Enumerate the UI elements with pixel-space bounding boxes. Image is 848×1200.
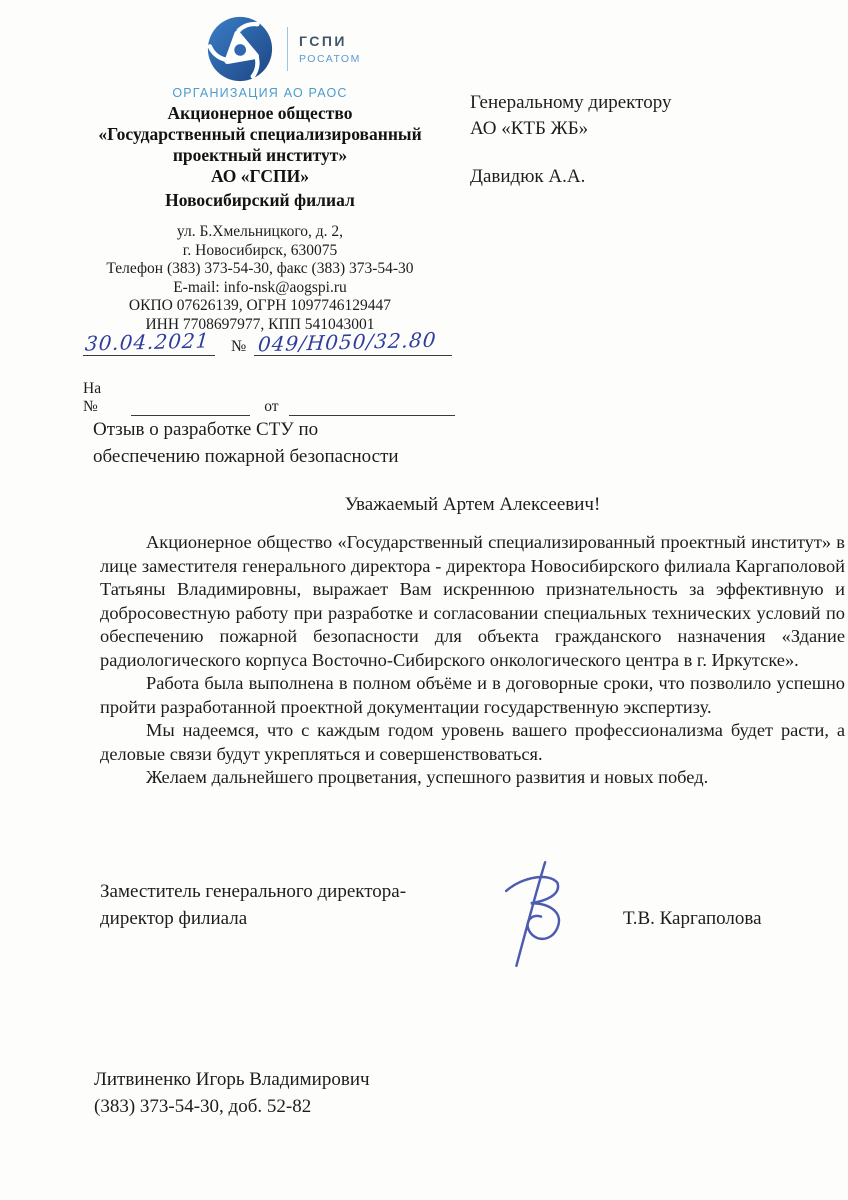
reply-from-label: от xyxy=(264,398,278,416)
contact-phone: (383) 373-54-30, доб. 52-82 xyxy=(94,1093,370,1120)
sender-address-block: ул. Б.Хмельницкого, д. 2, г. Новосибирск… xyxy=(58,223,462,335)
number-handwritten-value: 049/Н050/32.80 xyxy=(257,328,437,357)
signer-title-line: Заместитель генерального директора- xyxy=(100,878,820,905)
reply-number-blank xyxy=(131,415,250,416)
handwritten-signature-icon xyxy=(500,858,582,970)
subject-block: Отзыв о разработке СТУ по обеспечению по… xyxy=(93,417,399,470)
org-affiliation-line: ОРГАНИЗАЦИЯ АО РАОС xyxy=(60,86,460,100)
body-paragraph: Акционерное общество «Государственный сп… xyxy=(100,531,845,672)
subject-line: обеспечению пожарной безопасности xyxy=(93,444,399,471)
rosatom-logo-icon xyxy=(205,14,275,84)
recipient-line: Генеральному директору xyxy=(470,90,671,116)
body-paragraph: Работа была выполнена в полном объёме и … xyxy=(100,672,845,719)
date-handwritten-value: 30.04.2021 xyxy=(84,328,210,355)
reply-number-label: На № xyxy=(83,380,119,416)
recipient-name: Давидюк А.А. xyxy=(470,164,671,190)
subject-line: Отзыв о разработке СТУ по xyxy=(93,417,399,444)
reply-from-blank xyxy=(289,415,455,416)
org-name-line: проектный институт» xyxy=(58,145,462,166)
salutation: Уважаемый Артем Алексеевич! xyxy=(100,494,845,516)
sender-org-name: Акционерное общество «Государственный сп… xyxy=(58,103,462,187)
number-label: № xyxy=(231,338,246,356)
reference-row-date-number: 30.04.2021 № 049/Н050/32.80 xyxy=(83,330,455,356)
recipient-line: АО «КТБ ЖБ» xyxy=(470,116,671,142)
executor-contact: Литвиненко Игорь Владимирович (383) 373-… xyxy=(94,1066,370,1120)
logo-text-block: ГСПИ РОСАТОМ xyxy=(299,33,361,65)
recipient-block: Генеральному директору АО «КТБ ЖБ» Давид… xyxy=(470,90,671,190)
logo-divider xyxy=(287,27,288,71)
address-line: ОКПО 07626139, ОГРН 1097746129447 xyxy=(58,297,462,316)
signature-block: Заместитель генерального директора- дире… xyxy=(100,878,820,998)
address-line: Телефон (383) 373-54-30, факс (383) 373-… xyxy=(58,260,462,279)
letterhead-logo: ГСПИ РОСАТОМ xyxy=(205,14,361,84)
letter-body: Акционерное общество «Государственный сп… xyxy=(100,531,845,790)
scanned-letter-page: ГСПИ РОСАТОМ ОРГАНИЗАЦИЯ АО РАОС Акционе… xyxy=(0,0,848,1200)
number-field: 049/Н050/32.80 xyxy=(254,330,452,356)
address-line: ул. Б.Хмельницкого, д. 2, xyxy=(58,223,462,242)
org-name-line: «Государственный специализированный xyxy=(58,124,462,145)
address-line: г. Новосибирск, 630075 xyxy=(58,242,462,261)
address-line: E-mail: info-nsk@aogspi.ru xyxy=(58,279,462,298)
body-paragraph: Желаем дальнейшего процветания, успешног… xyxy=(100,766,845,790)
contact-name: Литвиненко Игорь Владимирович xyxy=(94,1066,370,1093)
reference-row-reply: На № от xyxy=(83,380,455,416)
brand-name: ГСПИ xyxy=(299,33,361,49)
date-field: 30.04.2021 xyxy=(83,330,215,356)
body-paragraph: Мы надеемся, что с каждым годом уровень … xyxy=(100,719,845,766)
branch-name: Новосибирский филиал xyxy=(58,190,462,211)
org-name-line: АО «ГСПИ» xyxy=(58,166,462,187)
org-name-line: Акционерное общество xyxy=(58,103,462,124)
signer-name: Т.В. Каргаполова xyxy=(623,908,762,930)
brand-sub-name: РОСАТОМ xyxy=(299,53,361,65)
